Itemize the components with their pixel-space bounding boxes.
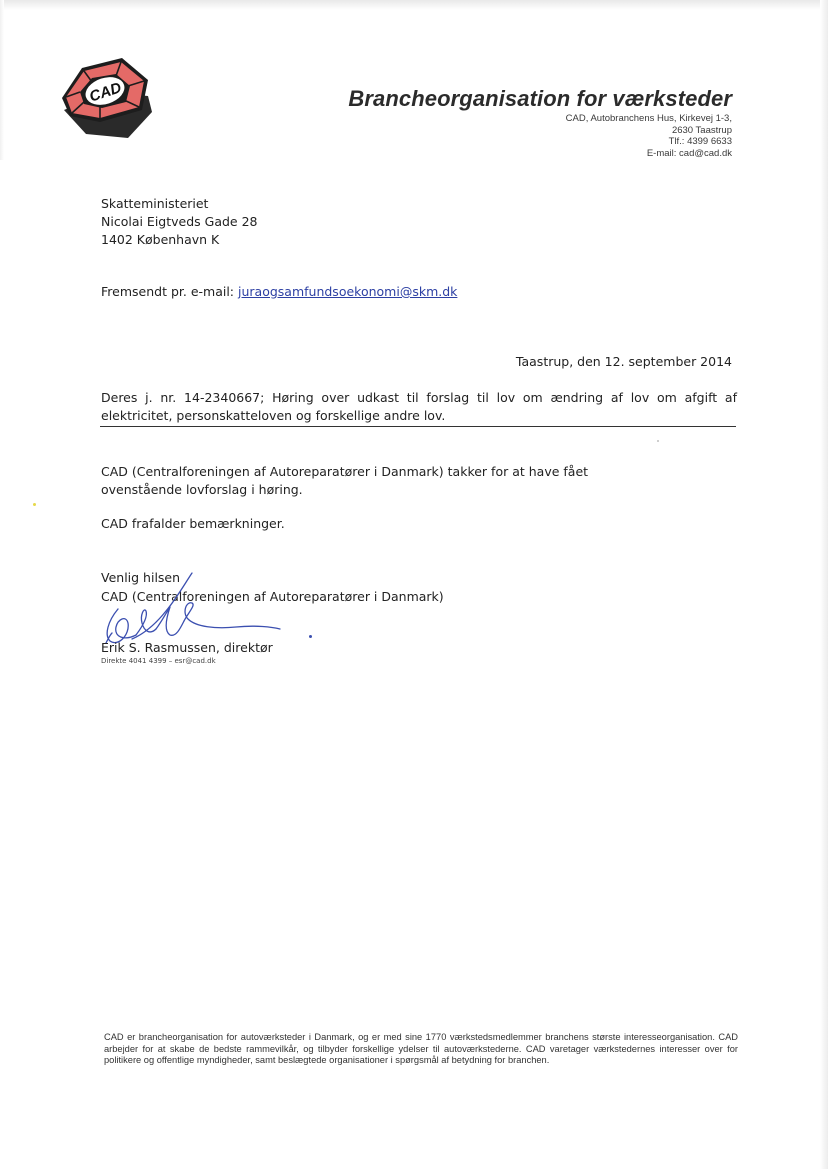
scan-edge-left — [0, 0, 4, 160]
sent-via-email: Fremsendt pr. e-mail: juraogsamfundsoeko… — [101, 284, 457, 299]
closing-greeting: Venlig hilsen — [101, 568, 444, 587]
closing-block: Venlig hilsen CAD (Centralforeningen af … — [101, 568, 444, 606]
address-line: CAD, Autobranchens Hus, Kirkevej 1-3, — [566, 113, 732, 125]
letter-date: Taastrup, den 12. september 2014 — [516, 354, 732, 369]
recipient-street: Nicolai Eigtveds Gade 28 — [101, 213, 258, 231]
scan-speck — [33, 503, 36, 506]
scan-edge-top — [0, 0, 828, 10]
recipient-email-link[interactable]: juraogsamfundsoekonomi@skm.dk — [238, 284, 457, 299]
letter-subject: Deres j. nr. 14-2340667; Høring over udk… — [101, 389, 737, 425]
sent-via-label: Fremsendt pr. e-mail: — [101, 284, 238, 299]
footer-description: CAD er brancheorganisation for autoværks… — [104, 1032, 738, 1067]
ink-dot — [309, 635, 312, 638]
address-line: 2630 Taastrup — [566, 125, 732, 137]
subject-divider — [100, 426, 736, 427]
body-paragraph: CAD (Centralforeningen af Autoreparatøre… — [101, 463, 591, 499]
signer-name: Erik S. Rasmussen, direktør — [101, 640, 273, 655]
closing-organization: CAD (Centralforeningen af Autoreparatøre… — [101, 587, 444, 606]
signer-direct-contact: Direkte 4041 4399 – esr@cad.dk — [101, 657, 216, 665]
scan-speck — [657, 440, 659, 442]
phone-line: Tlf.: 4399 6633 — [566, 136, 732, 148]
scan-edge-right — [820, 0, 828, 1169]
recipient-city: 1402 København K — [101, 231, 258, 249]
organization-address: CAD, Autobranchens Hus, Kirkevej 1-3, 26… — [566, 113, 732, 159]
recipient-address: Skatteministeriet Nicolai Eigtveds Gade … — [101, 195, 258, 249]
email-line: E-mail: cad@cad.dk — [566, 148, 732, 160]
body-paragraph: CAD frafalder bemærkninger. — [101, 515, 285, 533]
recipient-name: Skatteministeriet — [101, 195, 258, 213]
organization-title: Brancheorganisation for værksteder — [348, 86, 732, 112]
cad-logo-icon: CAD — [56, 52, 156, 142]
